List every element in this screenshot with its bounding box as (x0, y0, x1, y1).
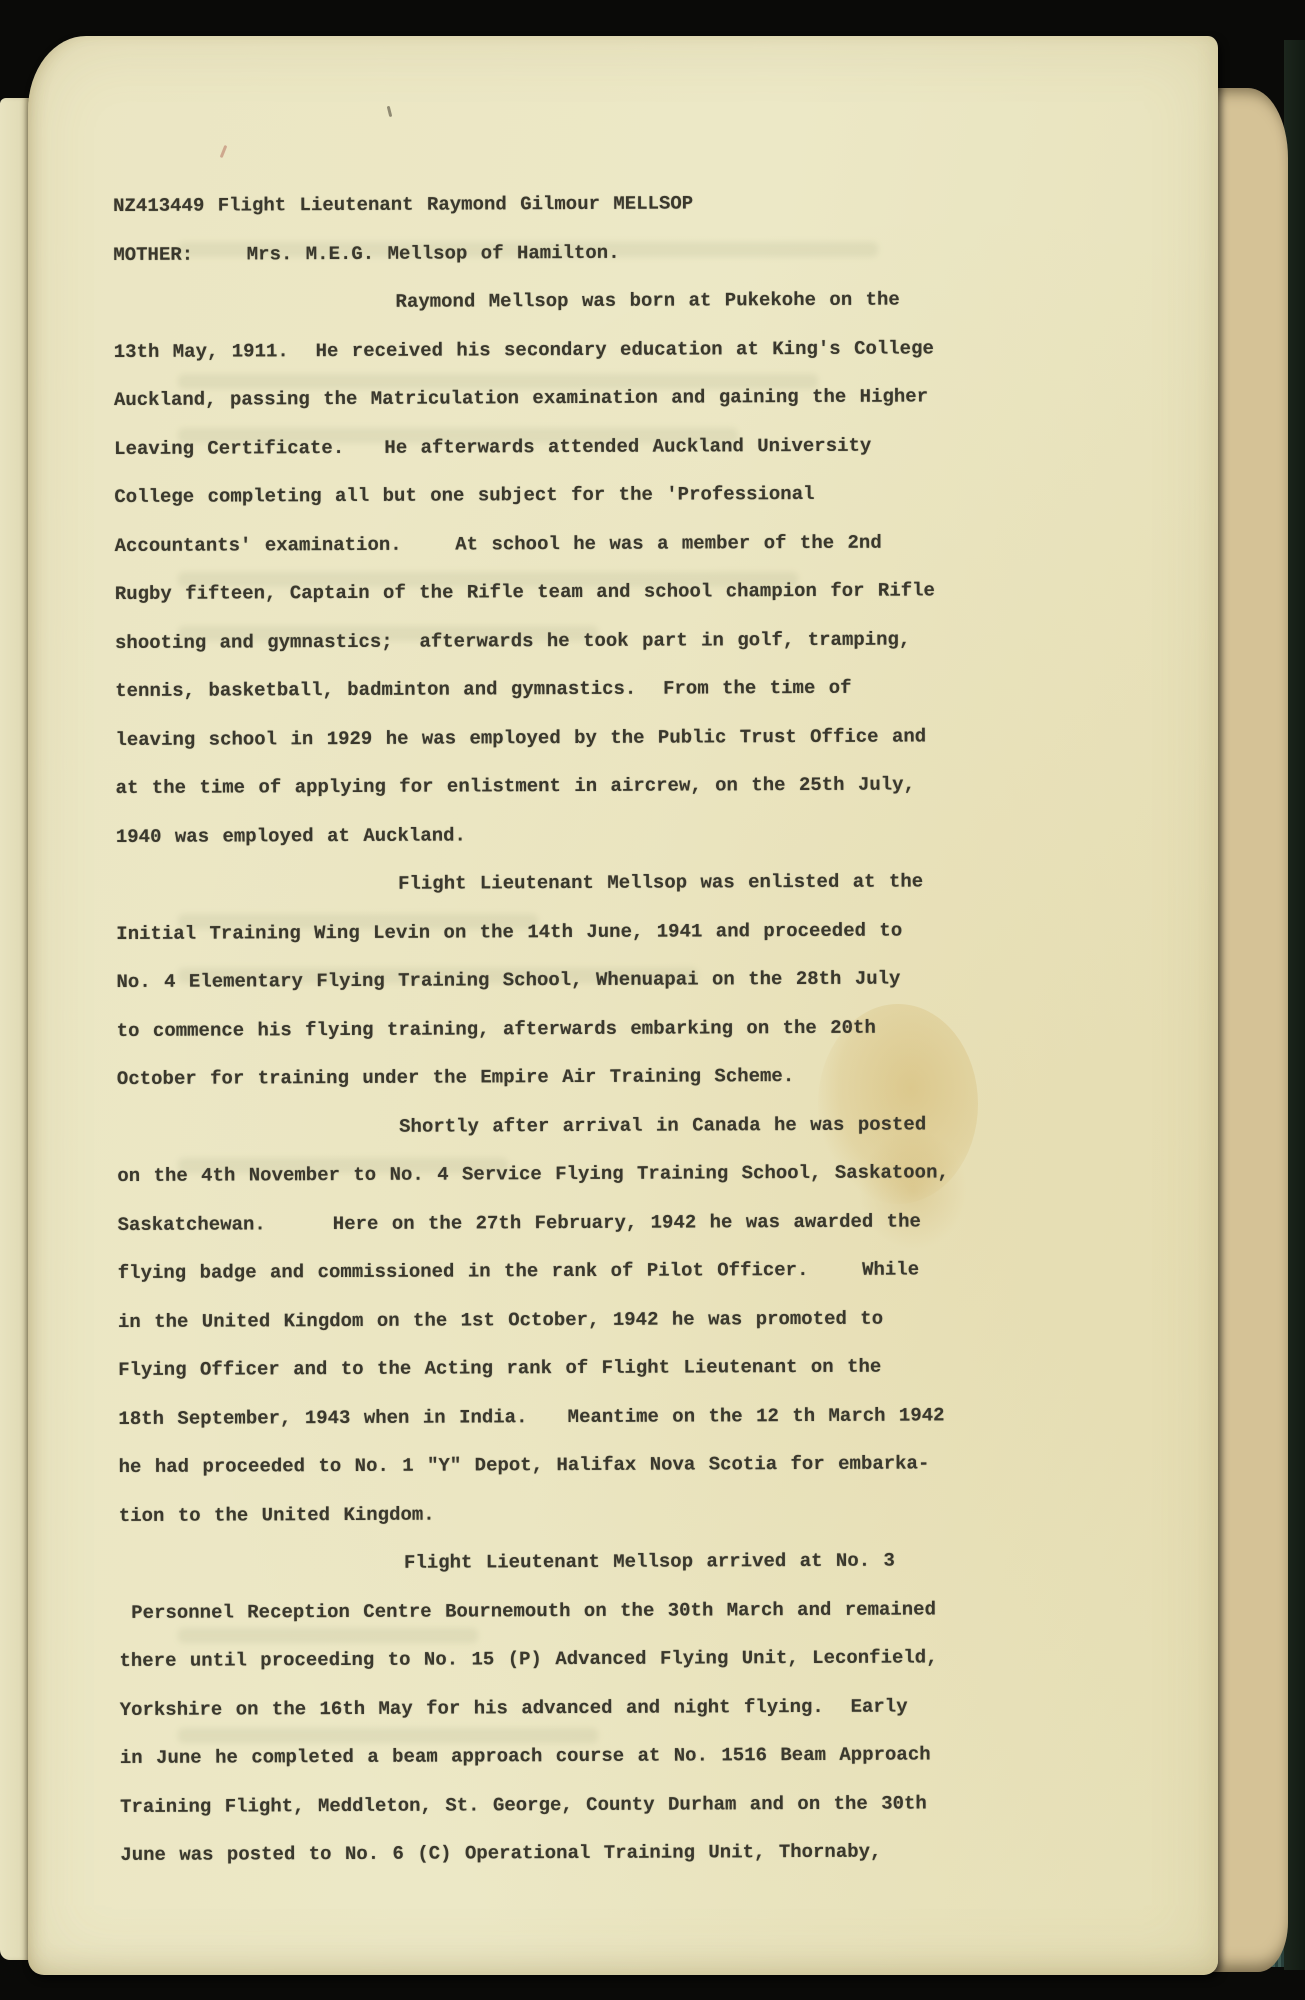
typed-line: 13th May, 1911. He received his secondar… (114, 323, 1154, 376)
typed-line: Auckland, passing the Matriculation exam… (114, 371, 1154, 424)
typed-line: Yorkshire on the 16th May for his advanc… (120, 1681, 1160, 1734)
page-stack-fore-edge (1206, 88, 1288, 1972)
typed-line: at the time of applying for enlistment i… (116, 759, 1156, 812)
typed-line: shooting and gymnastics; afterwards he t… (115, 614, 1155, 667)
typed-line: in June he completed a beam approach cou… (120, 1729, 1160, 1782)
typed-line: there until proceeding to No. 15 (P) Adv… (119, 1632, 1159, 1685)
typed-line: he had proceeded to No. 1 "Y" Depot, Hal… (119, 1438, 1159, 1491)
typed-line: Flight Lieutenant Mellsop was enlisted a… (116, 856, 1156, 909)
previous-page-sliver (0, 98, 30, 1960)
typed-line: Flying Officer and to the Acting rank of… (118, 1341, 1158, 1394)
typed-line: flying badge and commissioned in the ran… (118, 1244, 1158, 1297)
typed-line: on the 4th November to No. 4 Service Fly… (117, 1147, 1157, 1200)
typed-line: June was posted to No. 6 (C) Operational… (120, 1826, 1160, 1879)
typed-line: Accountants' examination. At school he w… (114, 517, 1154, 570)
book-scan-scene: NZ413449 Flight Lieutenant Raymond Gilmo… (0, 0, 1305, 2000)
typed-line: NZ413449 Flight Lieutenant Raymond Gilmo… (113, 177, 1153, 230)
typed-line: Flight Lieutenant Mellsop arrived at No.… (119, 1535, 1159, 1588)
typed-line: Shortly after arrival in Canada he was p… (117, 1099, 1157, 1152)
typed-line: Raymond Mellsop was born at Pukekohe on … (113, 274, 1153, 327)
typed-line: 18th September, 1943 when in India. Mean… (118, 1390, 1158, 1443)
typed-line: Training Flight, Meddleton, St. George, … (120, 1778, 1160, 1831)
typed-line: MOTHER: Mrs. M.E.G. Mellsop of Hamilton. (113, 226, 1153, 279)
typed-line: Initial Training Wing Levin on the 14th … (116, 905, 1156, 958)
typed-text: NZ413449 Flight Lieutenant Raymond Gilmo… (113, 177, 1160, 1879)
typed-line: 1940 was employed at Auckland. (116, 808, 1156, 861)
typed-line: to commence his flying training, afterwa… (117, 1002, 1157, 1055)
typed-line: leaving school in 1929 he was employed b… (115, 711, 1155, 764)
typed-line: October for training under the Empire Ai… (117, 1050, 1157, 1103)
typed-line: Personnel Reception Centre Bournemouth o… (119, 1584, 1159, 1637)
typed-line: Rugby fifteen, Captain of the Rifle team… (115, 565, 1155, 618)
typed-line: Saskatchewan. Here on the 27th February,… (117, 1196, 1157, 1249)
typed-line: tennis, basketball, badminton and gymnas… (115, 662, 1155, 715)
typed-line: No. 4 Elementary Flying Training School,… (116, 953, 1156, 1006)
typed-line: in the United Kingdom on the 1st October… (118, 1293, 1158, 1346)
typed-line: Leaving Certificate. He afterwards atten… (114, 420, 1154, 473)
typed-line: College completing all but one subject f… (114, 468, 1154, 521)
typed-line: tion to the United Kingdom. (119, 1487, 1159, 1540)
